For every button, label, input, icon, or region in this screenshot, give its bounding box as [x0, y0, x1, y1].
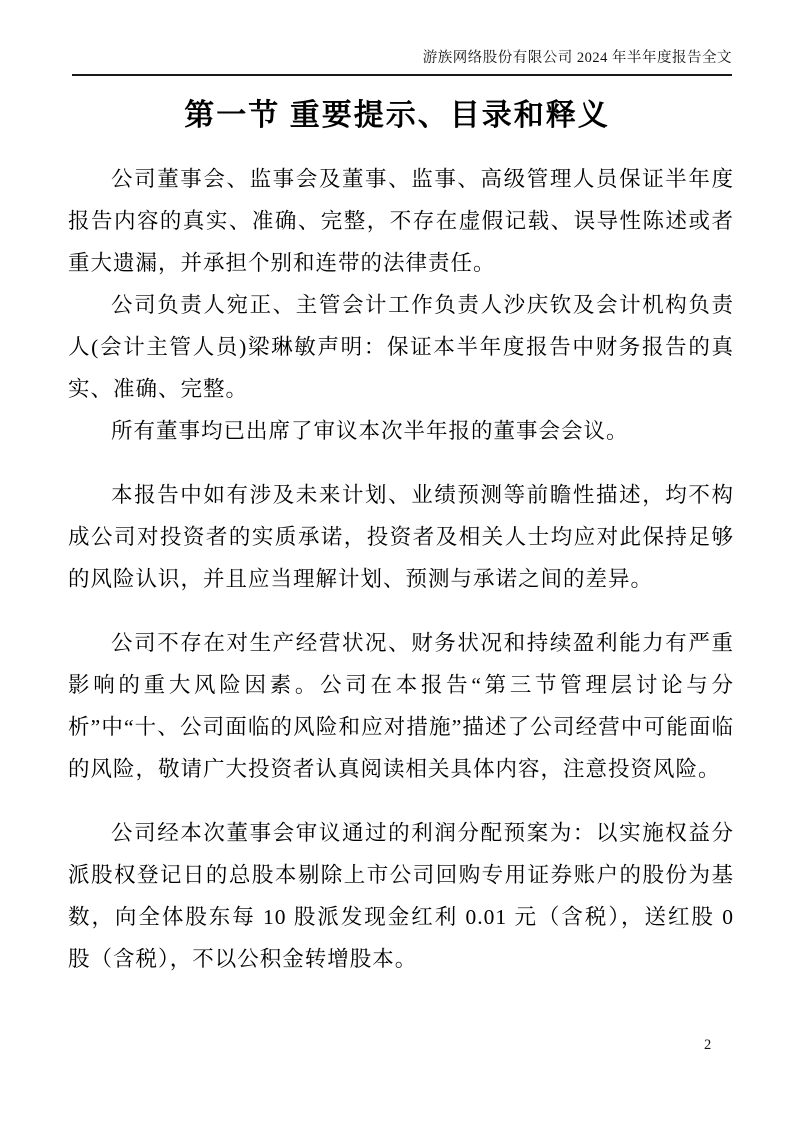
paragraph-board-guarantee: 公司董事会、监事会及董事、监事、高级管理人员保证半年度报告内容的真实、准确、完整…	[68, 158, 734, 284]
body-text: 公司董事会、监事会及董事、监事、高级管理人员保证半年度报告内容的真实、准确、完整…	[68, 158, 734, 980]
section-title: 第一节 重要提示、目录和释义	[0, 96, 794, 137]
paragraph-directors-attendance: 所有董事均已出席了审议本次半年报的董事会会议。	[68, 410, 734, 452]
report-page: 游族网络股份有限公司 2024 年半年度报告全文 第一节 重要提示、目录和释义 …	[0, 0, 794, 1123]
paragraph-responsible-persons: 公司负责人宛正、主管会计工作负责人沙庆钦及会计机构负责人(会计主管人员)梁琳敏声…	[68, 284, 734, 410]
page-number: 2	[704, 1037, 711, 1054]
running-header: 游族网络股份有限公司 2024 年半年度报告全文	[72, 46, 732, 76]
paragraph-forward-looking: 本报告中如有涉及未来计划、业绩预测等前瞻性描述，均不构成公司对投资者的实质承诺，…	[68, 474, 734, 600]
paragraph-profit-distribution: 公司经本次董事会审议通过的利润分配预案为：以实施权益分派股权登记日的总股本剔除上…	[68, 812, 734, 980]
paragraph-risk-factors: 公司不存在对生产经营状况、财务状况和持续盈利能力有严重影响的重大风险因素。公司在…	[68, 622, 734, 790]
